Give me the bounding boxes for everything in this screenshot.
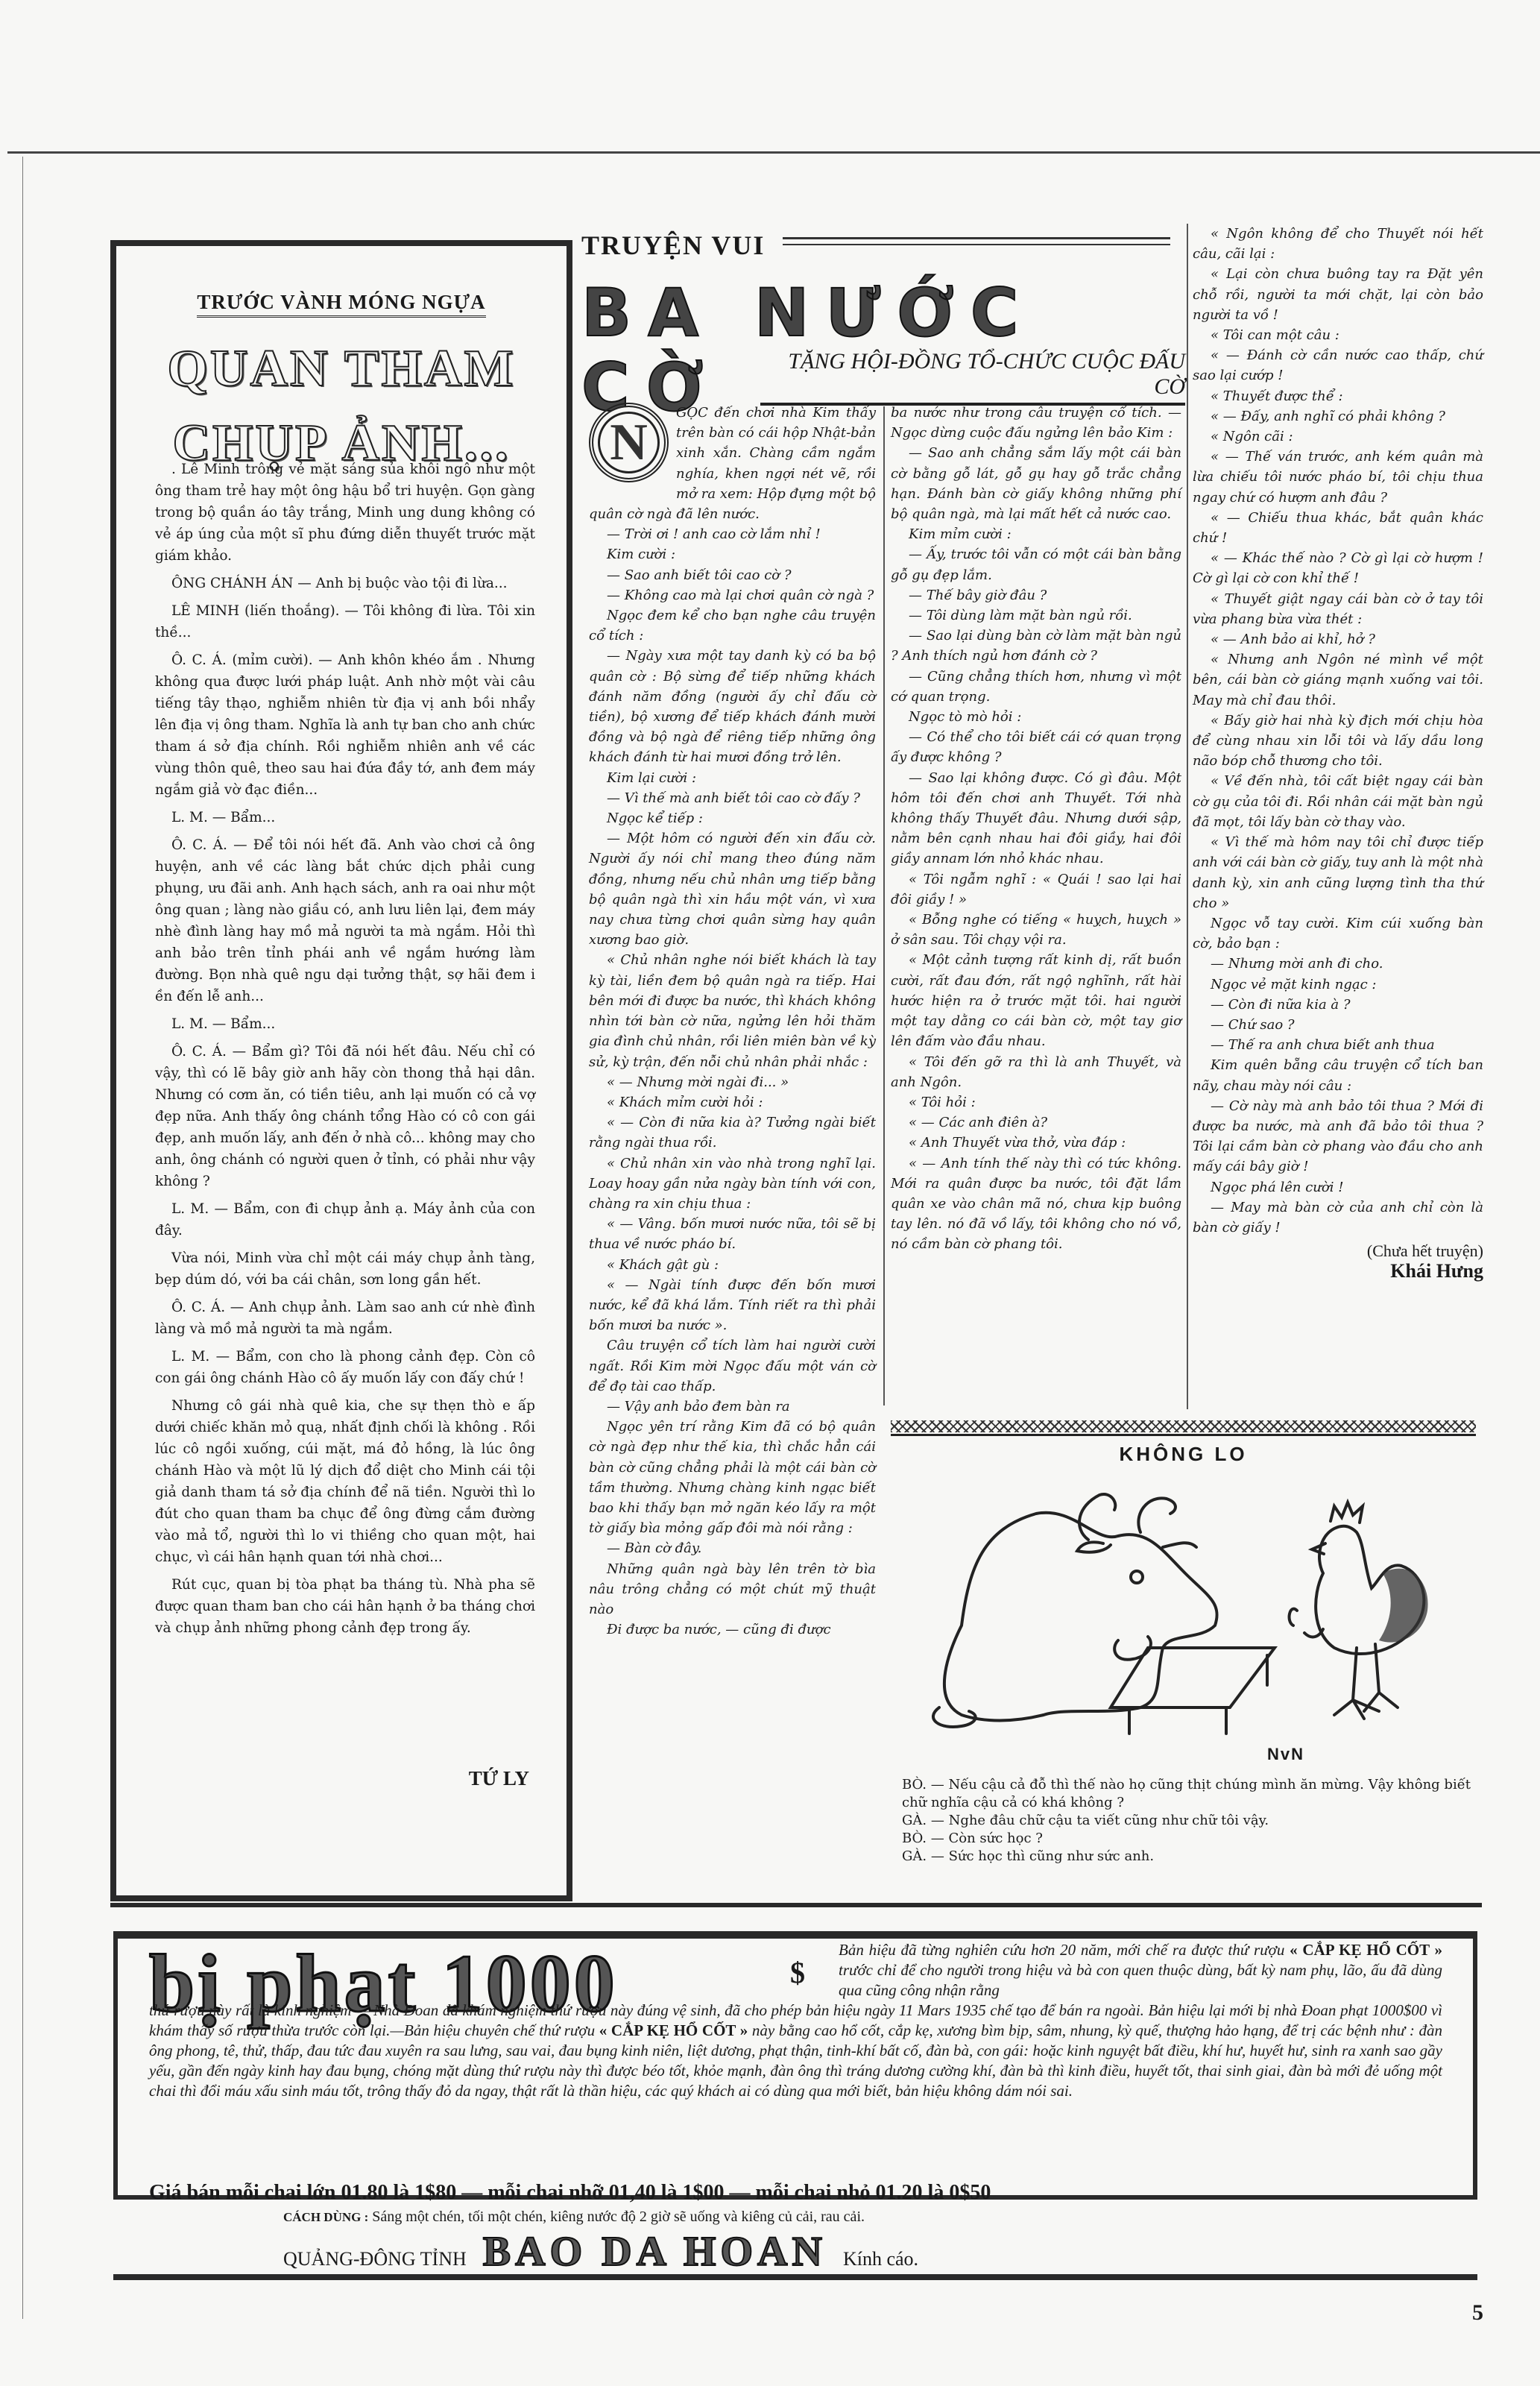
- article-kicker: TRƯỚC VÀNH MÓNG NGỰA: [116, 291, 567, 314]
- paragraph: Ô. C. Á. — Anh chụp ảnh. Làm sao anh cứ …: [155, 1297, 535, 1340]
- divider-rule: [891, 1434, 1476, 1436]
- dialog-line: GÀ. — Sức học thì cũng như sức anh.: [902, 1848, 1476, 1866]
- paragraph: Ô. C. Á. — Để tôi nói hết đã. Anh vào ch…: [155, 834, 535, 1007]
- section-rule: [110, 1903, 1482, 1907]
- page-margin-line: [22, 157, 23, 2319]
- paragraph: Ô. C. Á. (mỉm cười). — Anh khôn khéo ắm …: [155, 649, 535, 801]
- story-author: Khái Hưng: [1193, 1261, 1483, 1281]
- advert-usage: CÁCH DÙNG : Sáng một chén, tối một chén,…: [283, 2209, 865, 2226]
- cartoonist-signature: NvN: [1267, 1745, 1304, 1764]
- paragraph: L. M. — Bẩm...: [155, 1013, 535, 1035]
- story-column-1: NGỌC đến chơi nhà Kim thấy trên bàn có c…: [589, 403, 876, 1640]
- column-separator: [1187, 224, 1188, 1409]
- paragraph: LÊ MINH (liến thoắng). — Tôi không đi lừ…: [155, 600, 535, 643]
- dropcap-n-icon: N: [589, 403, 669, 482]
- article-body: . Lê Minh trông vẻ mặt sáng sủa khôi ngô…: [155, 459, 535, 1645]
- advert-signature: QUẢNG-ĐÔNG TỈNH BAO DA HOAN Kính cáo.: [283, 2228, 918, 2276]
- zigzag-divider: [891, 1420, 1476, 1432]
- dialog-line: BÒ. — Còn sức học ?: [902, 1830, 1476, 1848]
- column-separator: [883, 406, 885, 1406]
- paragraph: Rút cục, quan bị tòa phạt ba tháng tù. N…: [155, 1574, 535, 1639]
- paragraph: . Lê Minh trông vẻ mặt sáng sủa khôi ngô…: [155, 459, 535, 567]
- advert-origin: QUẢNG-ĐÔNG TỈNH: [283, 2248, 467, 2270]
- page-top-rule: [7, 151, 1540, 154]
- continued-note: (Chưa hết truyện): [1193, 1241, 1483, 1261]
- story-column-2: ba nước như trong câu truyện cổ tích. — …: [891, 403, 1181, 1255]
- story-kicker: TRUYỆN VUI: [581, 230, 765, 261]
- article-quan-tham-box: TRƯỚC VÀNH MÓNG NGỰA QUAN THAM CHỤP ẢNH.…: [110, 240, 572, 1901]
- advert-closing: Kính cáo.: [843, 2248, 918, 2270]
- advert-bottom-rule: [113, 2274, 1477, 2280]
- page-number: 5: [1472, 2300, 1483, 2326]
- paragraph: L. M. — Bẩm, con cho là phong cảnh đẹp. …: [155, 1346, 535, 1389]
- kicker-rule: [783, 244, 1170, 245]
- kicker-rule: [783, 237, 1170, 239]
- dialog-line: BÒ. — Nếu cậu cả đỗ thì thế nào họ cũng …: [902, 1776, 1476, 1812]
- paragraph: L. M. — Bẩm, con đi chụp ảnh ạ. Máy ảnh …: [155, 1198, 535, 1241]
- paragraph: ÔNG CHÁNH ÁN — Anh bị buộc vào tội đi lừ…: [155, 573, 535, 594]
- cartoon-dialog: BÒ. — Nếu cậu cả đỗ thì thế nào họ cũng …: [902, 1776, 1476, 1866]
- paragraph: Nhưng cô gái nhà quê kia, che sự thẹn th…: [155, 1395, 535, 1568]
- story-dedication: TẶNG HỘI-ĐỒNG TỔ-CHỨC CUỘC ĐẤU CỜ: [760, 349, 1185, 406]
- advert-body: thứ rượu này rất là kinh nghiệm — Nhà Đo…: [149, 2001, 1442, 2101]
- dialog-line: GÀ. — Nghe đâu chữ cậu ta viết cũng như …: [902, 1812, 1476, 1830]
- paragraph: Ô. C. Á. — Bẩm gì? Tôi đã nói hết đâu. N…: [155, 1041, 535, 1192]
- article-author: TỨ LY: [469, 1767, 529, 1790]
- dollar-sign-icon: $: [790, 1955, 805, 1990]
- paragraph: Vừa nói, Minh vừa chỉ một cái máy chụp ả…: [155, 1247, 535, 1291]
- ox-and-rooster-cartoon-icon: [917, 1461, 1454, 1737]
- story-column-3: « Ngôn không để cho Thuyết nói hết câu, …: [1193, 224, 1483, 1282]
- advert-brand: BAO DA HOAN: [483, 2228, 827, 2276]
- advert-intro: Bản hiệu đã từng nghiên cứu hơn 20 năm, …: [839, 1940, 1442, 2001]
- advert-price: Giá bán mỗi chai lớn 01.80 là 1$80 — mỗi…: [149, 2181, 1454, 2205]
- paragraph: L. M. — Bẩm...: [155, 807, 535, 828]
